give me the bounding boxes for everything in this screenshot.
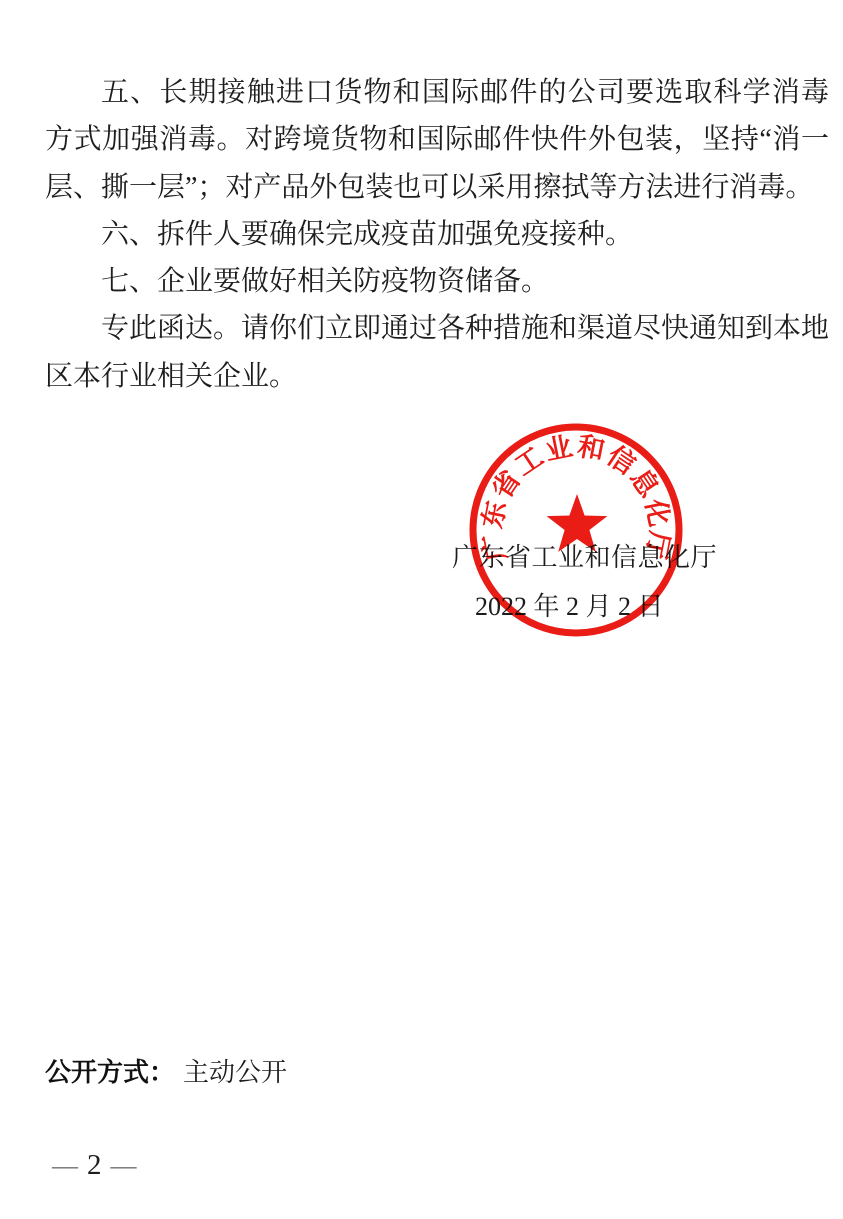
body-line-2: 方式加强消毒。对跨境货物和国际邮件快件外包装，坚持“消一 [45, 116, 829, 163]
body-line-7: 区本行业相关企业。 [45, 353, 829, 400]
body-line-1: 五、长期接触进口货物和国际邮件的公司要选取科学消毒 [45, 69, 829, 116]
disclosure-line: 公开方式：主动公开 [45, 1052, 287, 1089]
body-line-5: 七、企业要做好相关防疫物资储备。 [45, 258, 829, 305]
official-seal: 广东省工业和信息化厅 [461, 415, 691, 645]
body-text: 五、长期接触进口货物和国际邮件的公司要选取科学消毒 方式加强消毒。对跨境货物和国… [45, 69, 829, 400]
document-page: 五、长期接触进口货物和国际邮件的公司要选取科学消毒 方式加强消毒。对跨境货物和国… [0, 0, 843, 1219]
disclosure-label: 公开方式： [45, 1057, 175, 1087]
page-number-value: 2 [87, 1151, 102, 1180]
page-number-right-dash: — [111, 1153, 137, 1179]
seal-star-icon [547, 494, 608, 552]
page-number-left-dash: — [52, 1153, 78, 1179]
page-number: — 2 — [52, 1151, 137, 1180]
body-line-3: 层、撕一层”；对产品外包装也可以采用擦拭等方法进行消毒。 [45, 164, 829, 211]
body-line-4: 六、拆件人要确保完成疫苗加强免疫接种。 [45, 211, 829, 258]
body-line-6: 专此函达。请你们立即通过各种措施和渠道尽快通知到本地 [45, 305, 829, 352]
disclosure-value: 主动公开 [183, 1058, 287, 1087]
